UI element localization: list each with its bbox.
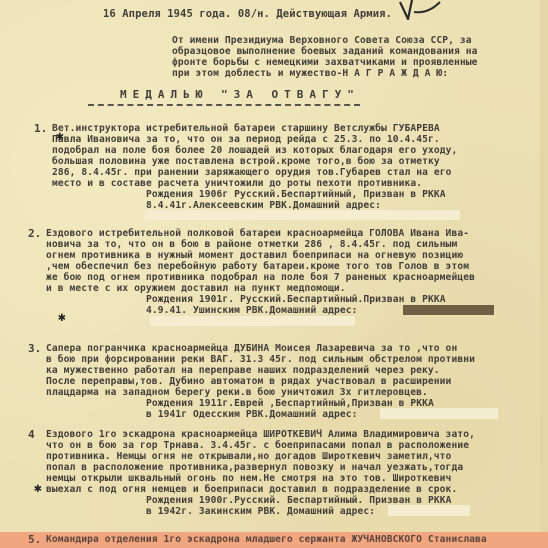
entry-number: 4 — [28, 428, 35, 441]
entry-text-line: 286, 8.4.45г. при ранении заряжающего ор… — [52, 167, 452, 178]
entry-text-line: выехал с под огня немцев и боеприпаси до… — [46, 484, 457, 495]
entry-number: 2. — [28, 227, 41, 240]
entry-number: 3. — [28, 342, 41, 355]
entry-text-line: Командира отделения 1го эскадрона младше… — [46, 534, 487, 545]
entry-text-line: После переправы,тов. Дубино автоматом в … — [46, 376, 451, 387]
preamble-line: при этом доблесть и мужество-Н А Г Р А Ж… — [172, 68, 448, 79]
entry-text-line: попал в расположение противника,разверну… — [46, 462, 463, 473]
redacted-address — [388, 505, 470, 516]
entry-text-line: большая половина уже поставлена встрой.к… — [52, 156, 440, 167]
preamble-line: От имени Президиума Верховного Совета Со… — [172, 35, 472, 46]
entry-text-line: ка мужественно работал на переправе наши… — [46, 365, 440, 376]
entry-number: 5. — [28, 533, 41, 546]
entry-bio-line: в 1941г Одесским РВК.Домашний адрес: — [146, 409, 358, 420]
entry-text-line: Ездового 1го эскадрона красноармейца ШИР… — [46, 429, 475, 440]
entry-number: 1. — [34, 122, 47, 135]
ink-blot: ✱ — [58, 310, 66, 325]
entry-text-line: немцы открыли шквальный огонь по нем.Не … — [46, 473, 451, 484]
page-edge — [540, 0, 548, 548]
award-title: МЕДАЛЬЮ "ЗА ОТВАГУ" — [120, 88, 360, 101]
preamble-line: образцовое выполнение боевых заданий ком… — [172, 46, 478, 57]
ink-blot: ✱ — [34, 481, 42, 496]
entry-text-line: плацдарма на западном берегу реки.в бою … — [46, 387, 428, 398]
entry-bio-line: в 1942г. Закинским РВК. Домашний адрес: — [146, 506, 375, 517]
entry-bio-line: 4.9.41. Ушинским РВК.Домашний адрес: — [146, 305, 358, 316]
entry-bio-line: Рождения 1906г Русский.Беспартийный, При… — [146, 189, 446, 200]
entry-text-line: Ездового истребительной полковой батареи… — [46, 228, 469, 239]
entry-text-line: Сапера погранчика красноармейца ДУБИНА М… — [46, 343, 457, 354]
entry-text-line: подобрал на поле боя более 20 лошадей из… — [52, 145, 457, 156]
entry-text-line: что он в бою за гор Трнава. 3.4.45г. с б… — [46, 440, 469, 451]
entry-bio-line: Рождения 1901г. Русский.Беспартийный.При… — [146, 294, 446, 305]
entry-text-line: ,чем обеспечил без перебойную работу бат… — [46, 261, 469, 272]
ink-blot: ✱ — [56, 129, 64, 144]
highlighted-entry: 5. Командира отделения 1го эскадрона мла… — [0, 532, 548, 548]
entry-text-line: противника. Немцы огня не открывали,но д… — [46, 451, 451, 462]
redacted-address — [403, 305, 494, 315]
title-underline — [88, 104, 360, 106]
redacted-address — [380, 408, 498, 419]
entry-text-line: Вет.инструктора истребительной батареи с… — [52, 123, 440, 134]
redacted-area — [150, 316, 355, 326]
redacted-address — [145, 210, 460, 220]
preamble-line: фронте борьбы с немецкими захватчиками и… — [172, 57, 478, 68]
entry-text-line: новича за то, что он в бою в районе отме… — [46, 239, 457, 250]
entry-text-line: место и в составе расчета уничтожили до … — [52, 178, 422, 189]
entry-text-line: Павла Ивановича за то, что он за период … — [52, 134, 440, 145]
entry-text-line: и в месте с их оружием доставил на пункт… — [46, 283, 346, 294]
handwritten-mark — [398, 0, 458, 20]
entry-text-line: в бою при форсировании реки ВАГ. 31.3 45… — [46, 354, 475, 365]
entry-text-line: огнем противника в нужный момент достави… — [46, 250, 463, 261]
entry-text-line: же бою под огнем противника подобрал на … — [46, 272, 475, 283]
header-date-line: 16 Апреля 1945 года. 08/н. Действующая А… — [103, 9, 392, 20]
